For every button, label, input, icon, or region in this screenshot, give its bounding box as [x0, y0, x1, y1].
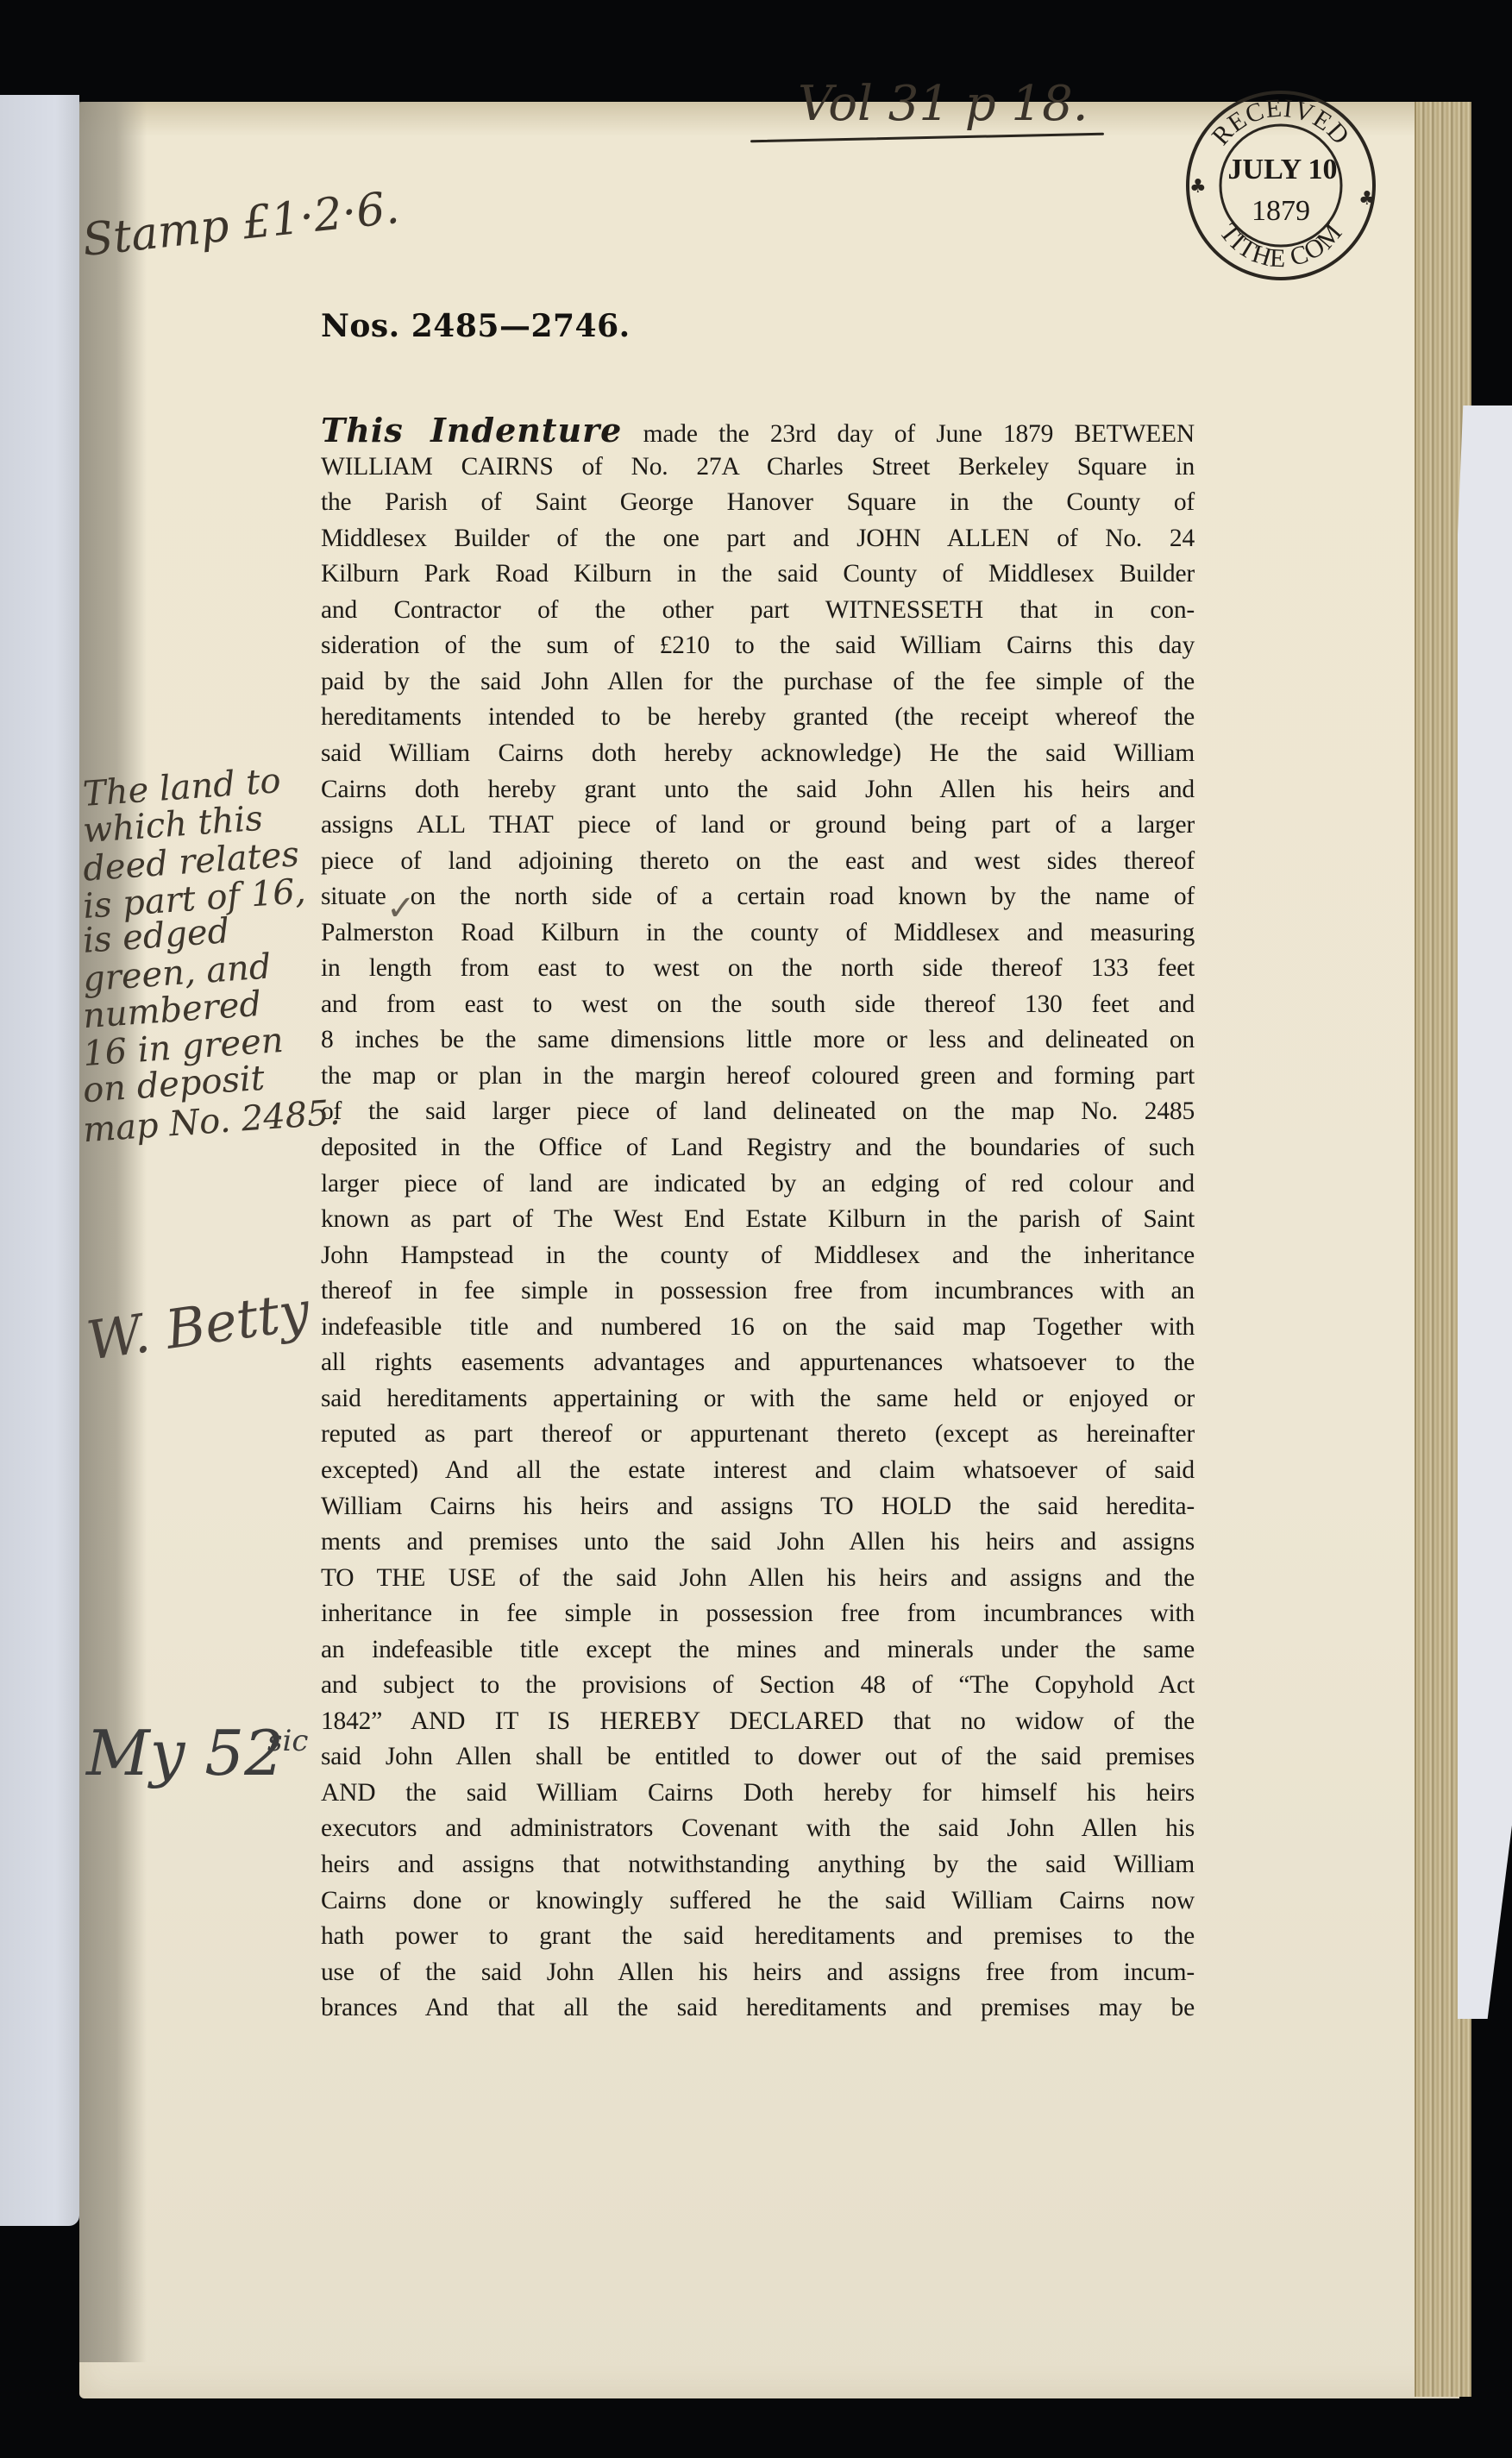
- text-line: Middlesex Builder of the one part and JO…: [321, 520, 1195, 556]
- text-line: the Parish of Saint George Hanover Squar…: [321, 484, 1195, 520]
- text-line: Cairns doth hereby grant unto the said J…: [321, 771, 1195, 808]
- received-stamp-icon: RECEIVED TITHE COM JULY 10 1879 ♣ ♣: [1177, 82, 1384, 289]
- text-line: said John Allen shall be entitled to dow…: [321, 1738, 1195, 1775]
- text-line: and Contractor of the other part WITNESS…: [321, 592, 1195, 628]
- pencil-mark: My 52: [86, 1717, 284, 1789]
- text-line: paid by the said John Allen for the purc…: [321, 663, 1195, 700]
- text-line: heirs and assigns that notwithstanding a…: [321, 1846, 1195, 1883]
- svg-text:♣: ♣: [1189, 176, 1207, 198]
- text-line: 8 inches be the same dimensions little m…: [321, 1022, 1195, 1058]
- text-line: known as part of The West End Estate Kil…: [321, 1201, 1195, 1237]
- text-line: larger piece of land are indicated by an…: [321, 1166, 1195, 1202]
- text-line: excepted) And all the estate interest an…: [321, 1452, 1195, 1488]
- opening-words: This Indenture: [321, 411, 622, 449]
- text-line: said William Cairns doth hereby acknowle…: [321, 735, 1195, 771]
- inserted-paper-slip: [1458, 405, 1512, 2019]
- text-line: 1842” AND IT IS HEREBY DECLARED that no …: [321, 1703, 1195, 1739]
- text-line: ments and premises unto the said John Al…: [321, 1524, 1195, 1560]
- adjacent-page-edge: [0, 95, 79, 2226]
- text-line: piece of land adjoining thereto on the e…: [321, 843, 1195, 879]
- text-line: AND the said William Cairns Doth hereby …: [321, 1775, 1195, 1811]
- text-line: indefeasible title and numbered 16 on th…: [321, 1309, 1195, 1345]
- svg-text:1879: 1879: [1252, 195, 1310, 227]
- text-line: John Hampstead in the county of Middlese…: [321, 1237, 1195, 1273]
- gutter-shadow: [79, 102, 147, 2362]
- svg-text:RECEIVED: RECEIVED: [1207, 94, 1356, 151]
- text-line: William Cairns his heirs and assigns TO …: [321, 1488, 1195, 1524]
- text-line: an indefeasible title except the mines a…: [321, 1631, 1195, 1668]
- text-line: thereof in fee simple in possession free…: [321, 1273, 1195, 1309]
- text-line: Kilburn Park Road Kilburn in the said Co…: [321, 556, 1195, 592]
- text-line: and subject to the provisions of Section…: [321, 1667, 1195, 1703]
- text-line: WILLIAM CAIRNS of No. 27A Charles Street…: [321, 449, 1195, 485]
- text-line: Palmerston Road Kilburn in the county of…: [321, 915, 1195, 951]
- text-line: assigns ALL THAT piece of land or ground…: [321, 807, 1195, 843]
- text-line: and from east to west on the south side …: [321, 986, 1195, 1022]
- text-line: deposited in the Office of Land Registry…: [321, 1129, 1195, 1166]
- text-line: use of the said John Allen his heirs and…: [321, 1954, 1195, 1990]
- text-line: executors and administrators Covenant wi…: [321, 1810, 1195, 1846]
- text-line: in length from east to west on the north…: [321, 950, 1195, 986]
- volume-reference-note: Vol 31 p 18.: [798, 76, 1089, 132]
- sic-note: sic: [267, 1724, 308, 1758]
- svg-text:♣: ♣: [1358, 188, 1376, 210]
- text-line: inheritance in fee simple in possession …: [321, 1595, 1195, 1631]
- text-line: all rights easements advantages and appu…: [321, 1344, 1195, 1380]
- text-line: brances And that all the said hereditame…: [321, 1990, 1195, 2026]
- text-line-content: made the 23rd day of June 1879 BETWEEN: [643, 420, 1195, 448]
- text-line: Cairns done or knowingly suffered he the…: [321, 1883, 1195, 1919]
- text-line: TO THE USE of the said John Allen his he…: [321, 1560, 1195, 1596]
- text-line: sideration of the sum of £210 to the sai…: [321, 627, 1195, 663]
- text-line: situate on the north side of a certain r…: [321, 878, 1195, 915]
- text-line: This Indenture made the 23rd day of June…: [321, 412, 1195, 449]
- check-mark-icon: ✓: [386, 889, 416, 928]
- text-line: hereditaments intended to be hereby gran…: [321, 699, 1195, 735]
- svg-text:JULY 10: JULY 10: [1228, 154, 1338, 185]
- text-line: hath power to grant the said hereditamen…: [321, 1918, 1195, 1954]
- received-stamp: RECEIVED TITHE COM JULY 10 1879 ♣ ♣: [1177, 82, 1384, 289]
- text-line: of the said larger piece of land delinea…: [321, 1093, 1195, 1129]
- text-line: reputed as part thereof or appurtenant t…: [321, 1416, 1195, 1452]
- deed-numbers-heading: Nos. 2485—2746.: [321, 308, 631, 344]
- text-line: said hereditaments appertaining or with …: [321, 1380, 1195, 1417]
- text-line: the map or plan in the margin hereof col…: [321, 1058, 1195, 1094]
